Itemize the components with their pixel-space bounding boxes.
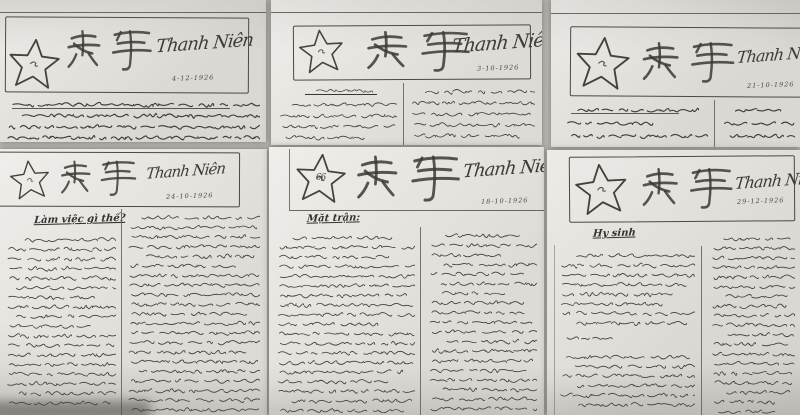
newspaper-page-bottom-middle: 66 青年 Thanh Niên 18-10-1926 Mặt trận: xyxy=(269,147,544,415)
underline-stroke xyxy=(571,113,679,114)
star-icon xyxy=(298,28,345,75)
newspaper-page-top-middle: 青年 Thanh Niên 3-10-1926 xyxy=(271,0,542,145)
masthead-date: 4-12-1926 xyxy=(172,73,215,82)
star-icon xyxy=(574,35,631,92)
top-rule xyxy=(551,13,800,14)
photo-bottom-shadow xyxy=(0,401,150,415)
newspaper-page-bottom-left: 青年 Thanh Niên 24-10-1926 Làm việc gì thế… xyxy=(0,149,267,415)
column-divider xyxy=(701,246,702,415)
issue-number: 66 xyxy=(294,173,347,183)
handwriting-column xyxy=(429,229,537,413)
handwriting-column xyxy=(711,232,795,414)
article-heading: Hy sinh xyxy=(593,227,637,239)
handwriting-column xyxy=(559,101,709,143)
masthead-bottom-rule xyxy=(289,210,544,211)
article-heading-script xyxy=(305,85,377,95)
handwriting-column xyxy=(559,249,695,327)
masthead-left-rule xyxy=(289,149,290,210)
article-heading: Làm việc gì thế? xyxy=(34,213,126,226)
masthead-date: 29-12-1926 xyxy=(737,196,785,206)
newspaper-collage-photo: 青年 Thanh Niên 4-12-1926 青年 Thanh Niên 3-… xyxy=(0,0,800,415)
newspaper-page-top-right: 青年 Thanh Niên 21-10-1926 xyxy=(551,0,800,147)
cjk-calligraphy-icon: 青年 xyxy=(58,157,140,197)
star-icon xyxy=(9,159,51,201)
handwriting-column xyxy=(128,211,260,413)
cjk-calligraphy-icon: 青年 xyxy=(639,164,737,210)
handwriting-signature-line xyxy=(559,332,627,342)
cjk-calligraphy-icon: 青年 xyxy=(639,38,739,84)
masthead-date: 21-10-1926 xyxy=(747,80,795,90)
top-rule xyxy=(0,12,266,13)
article-heading: Mặt trận: xyxy=(307,212,361,224)
handwriting-column xyxy=(721,101,795,143)
underline-stroke xyxy=(12,108,230,109)
column-divider xyxy=(714,100,715,147)
column-divider xyxy=(420,227,421,415)
newspaper-page-bottom-right: 青年 Thanh Niên 29-12-1926 Hy sinh xyxy=(547,150,800,415)
masthead-script-title: Thanh Niên xyxy=(462,155,544,183)
cjk-calligraphy-icon: 青年 xyxy=(353,151,465,203)
masthead-date: 18-10-1926 xyxy=(481,196,529,206)
cjk-calligraphy-icon: 青年 xyxy=(64,26,156,72)
handwriting-column xyxy=(279,97,397,145)
top-rule xyxy=(271,12,542,13)
page-margin-rule xyxy=(554,245,555,415)
star-icon xyxy=(7,37,61,91)
handwriting-column xyxy=(277,231,415,413)
star-icon: 66 xyxy=(294,152,347,205)
star-icon xyxy=(574,162,629,217)
handwriting-block xyxy=(6,97,260,141)
newspaper-page-top-left: 青年 Thanh Niên 4-12-1926 xyxy=(0,0,266,142)
handwriting-column xyxy=(6,233,116,413)
handwriting-column xyxy=(559,350,695,412)
column-divider xyxy=(403,83,404,145)
masthead-date: 3-10-1926 xyxy=(477,63,520,72)
column-divider xyxy=(121,209,122,415)
handwriting-column xyxy=(411,84,535,145)
masthead-date: 24-10-1926 xyxy=(166,191,214,201)
